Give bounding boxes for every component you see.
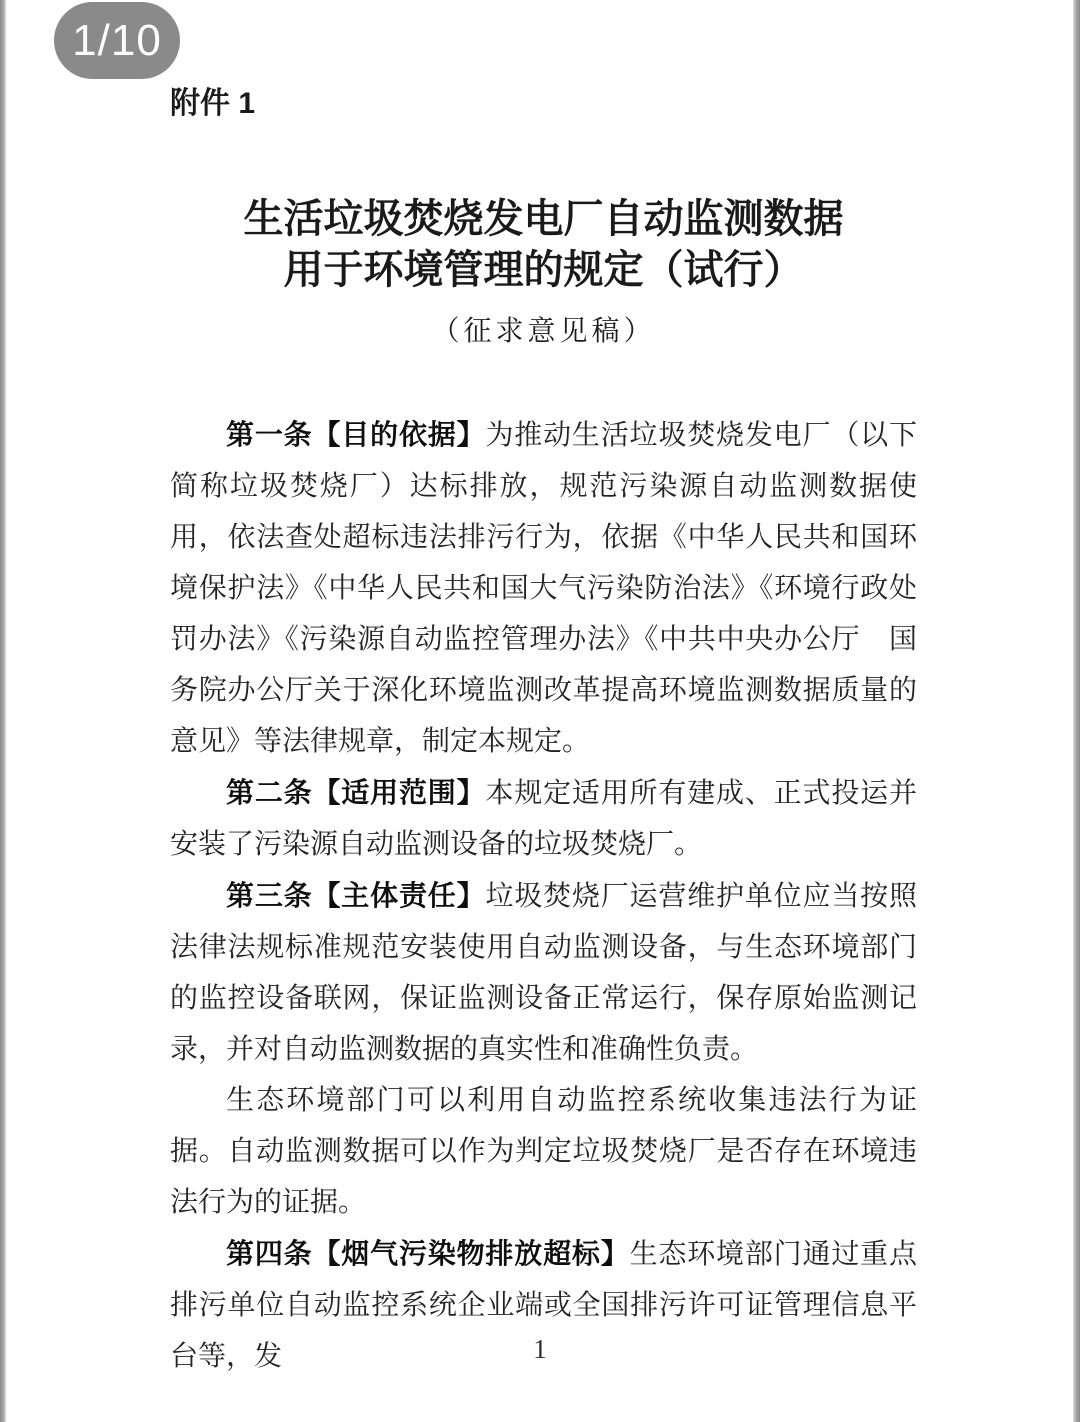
article-lead: 第二条【适用范围】 <box>226 777 485 808</box>
document-body: 第一条【目的依据】为推动生活垃圾焚烧发电厂（以下简称垃圾焚烧厂）达标排放，规范污… <box>170 409 917 1382</box>
page-right-edge <box>1073 0 1080 1422</box>
title-line-1: 生活垃圾焚烧发电厂自动监测数据 <box>170 193 917 244</box>
paragraph: 第二条【适用范围】本规定适用所有建成、正式投运并安装了污染源自动监测设备的垃圾焚… <box>170 767 917 870</box>
page-left-edge <box>0 0 6 1422</box>
page-indicator-text: 1/10 <box>72 16 162 66</box>
attachment-label: 附件 1 <box>170 85 917 123</box>
document-subtitle: （征求意见稿） <box>170 312 917 352</box>
paragraph-text: 为推动生活垃圾焚烧发电厂（以下简称垃圾焚烧厂）达标排放，规范污染源自动监测数据使… <box>170 420 917 757</box>
paragraph: 第一条【目的依据】为推动生活垃圾焚烧发电厂（以下简称垃圾焚烧厂）达标排放，规范污… <box>170 409 917 767</box>
document-page: 1/10 附件 1 生活垃圾焚烧发电厂自动监测数据 用于环境管理的规定（试行） … <box>0 0 1080 1422</box>
article-lead: 第三条【主体责任】 <box>226 880 485 911</box>
page-indicator-badge: 1/10 <box>54 2 180 79</box>
article-lead: 第四条【烟气污染物排放超标】 <box>226 1238 630 1269</box>
document-content: 附件 1 生活垃圾焚烧发电厂自动监测数据 用于环境管理的规定（试行） （征求意见… <box>0 0 1080 1382</box>
page-number: 1 <box>0 1334 1080 1365</box>
title-line-2: 用于环境管理的规定（试行） <box>170 244 917 295</box>
paragraph: 第三条【主体责任】垃圾焚烧厂运营维护单位应当按照法律法规标准规范安装使用自动监测… <box>170 870 917 1075</box>
paragraph: 生态环境部门可以利用自动监控系统收集违法行为证据。自动监测数据可以作为判定垃圾焚… <box>170 1075 917 1228</box>
paragraph-text: 生态环境部门可以利用自动监控系统收集违法行为证据。自动监测数据可以作为判定垃圾焚… <box>170 1085 917 1218</box>
article-lead: 第一条【目的依据】 <box>226 419 485 450</box>
document-title: 生活垃圾焚烧发电厂自动监测数据 用于环境管理的规定（试行） <box>170 193 917 295</box>
